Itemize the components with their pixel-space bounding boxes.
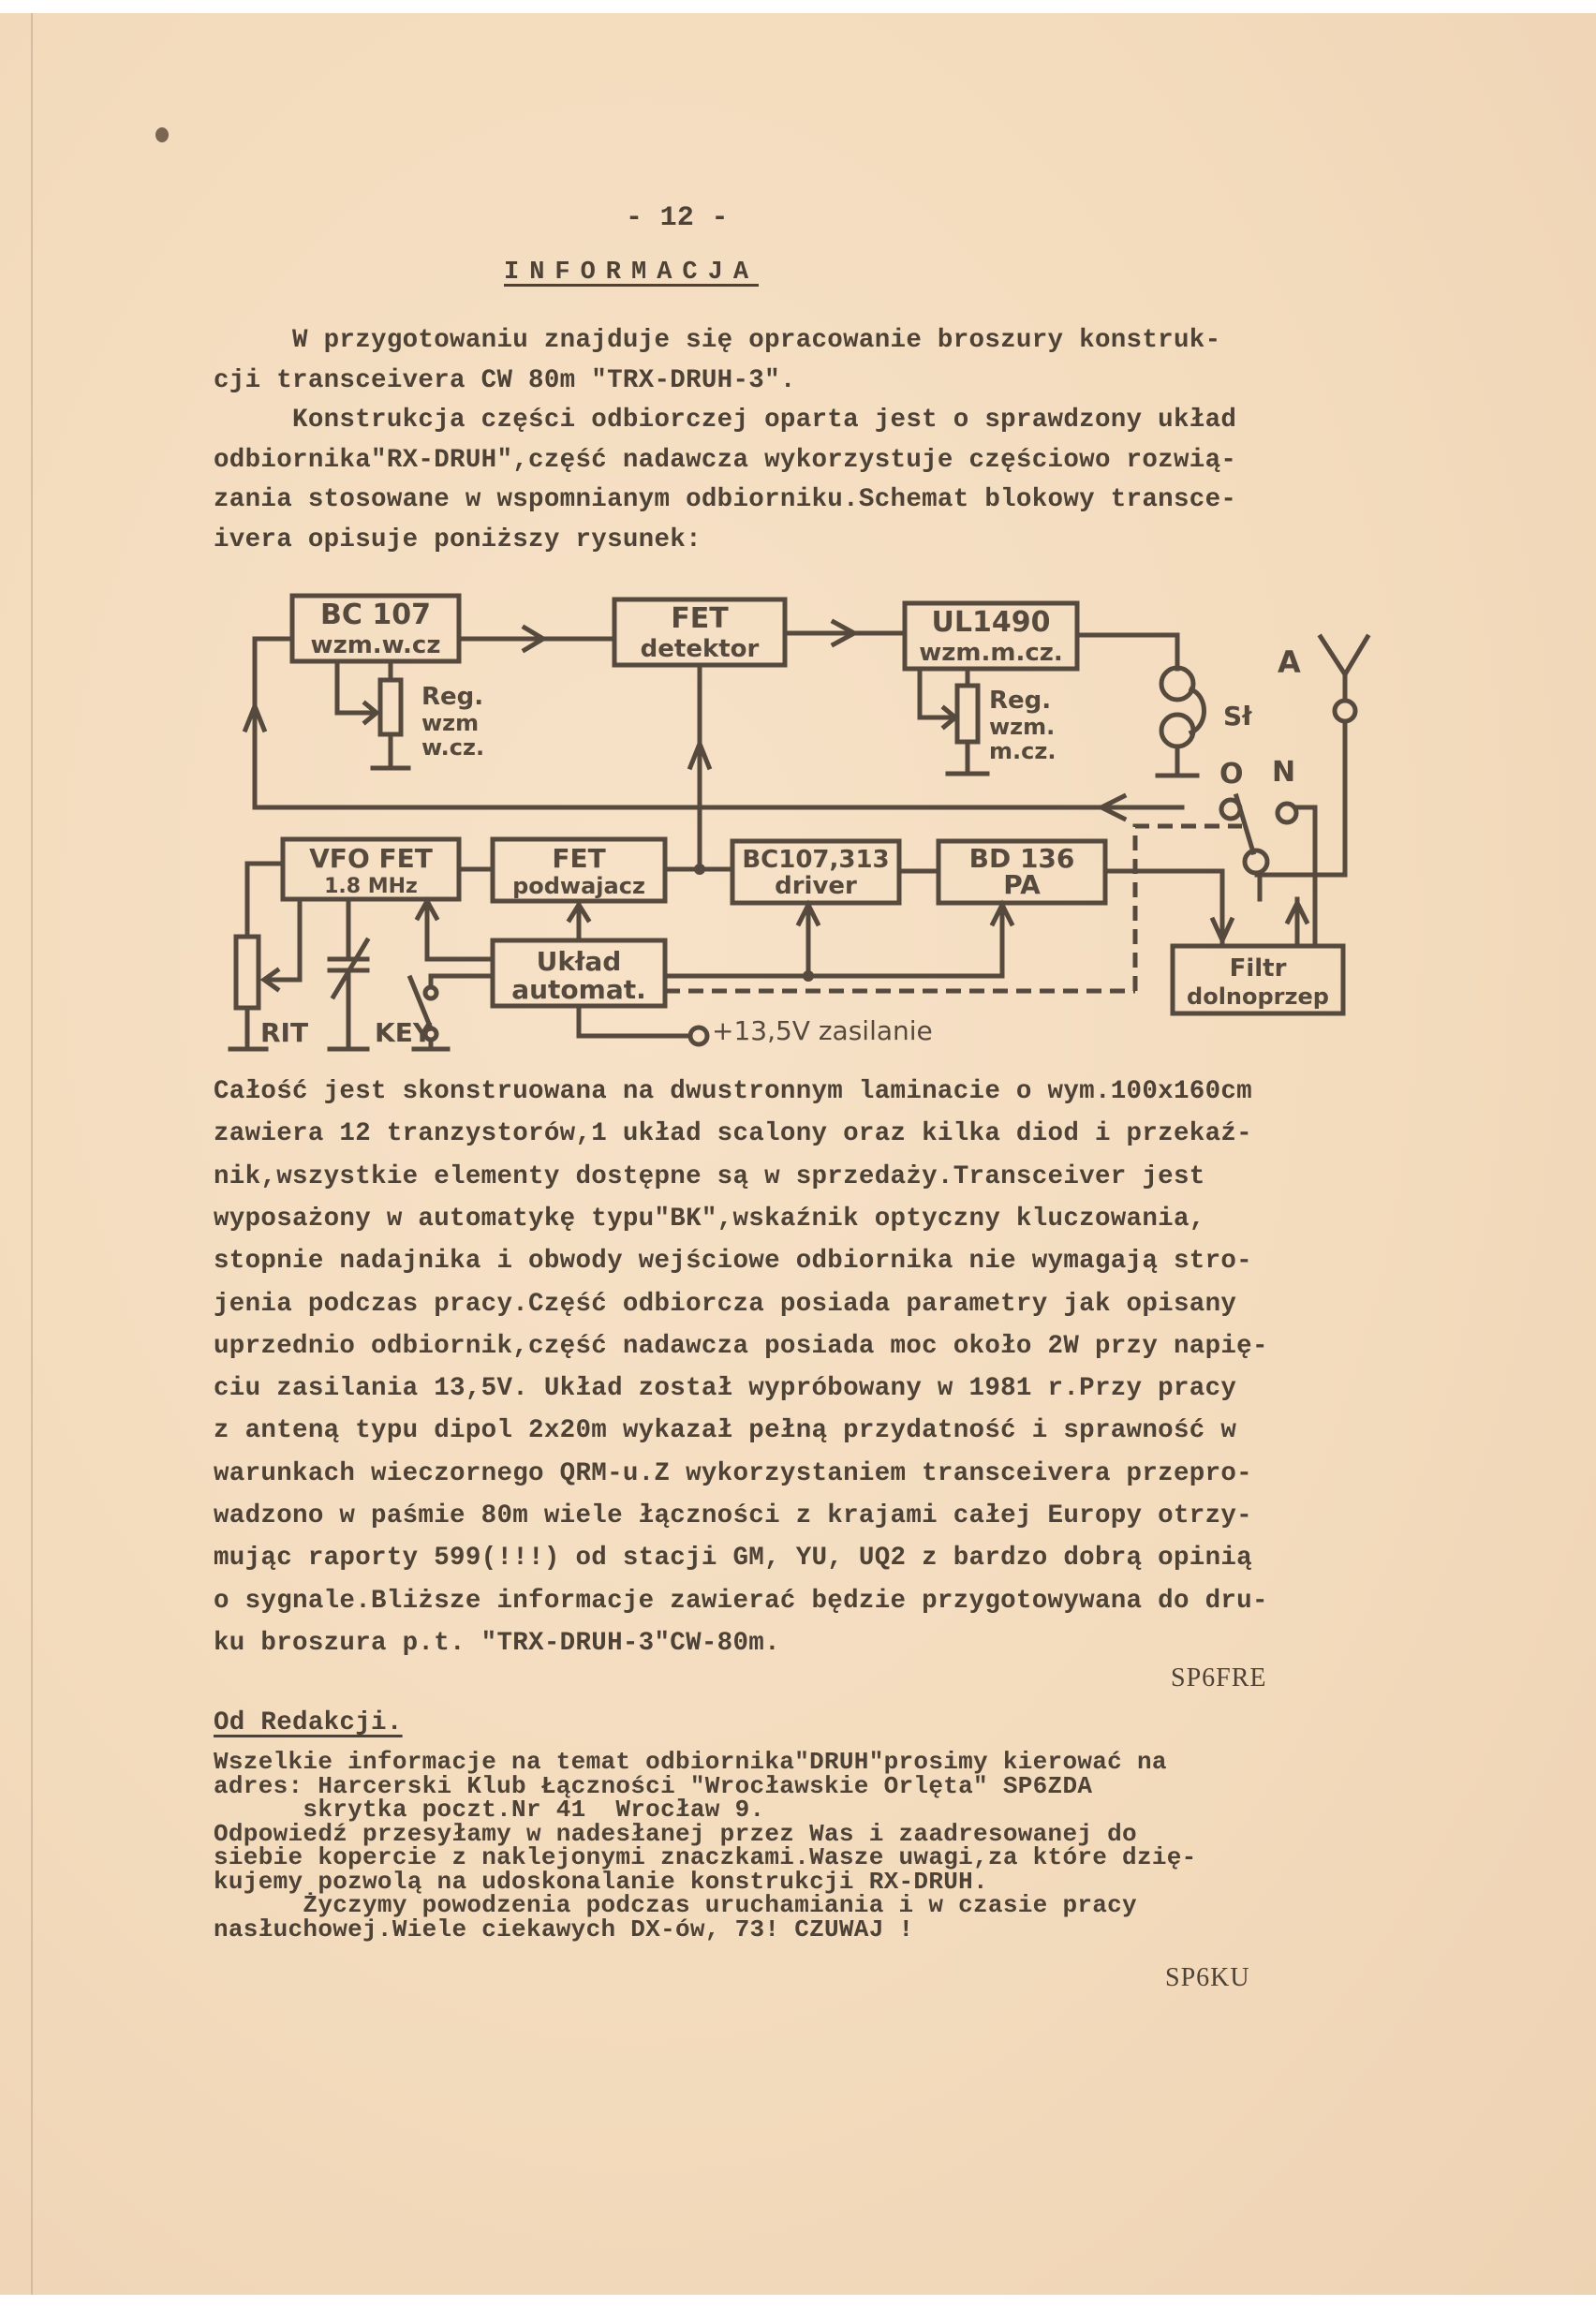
scanned-page: - 12 - INFORMACJA W przygotowaniu znajdu… bbox=[0, 13, 1596, 2295]
text-line: ku broszura p.t. "TRX-DRUH-3"CW-80m. bbox=[214, 1629, 780, 1658]
text-line: zawiera 12 tranzystorów,1 układ scalony … bbox=[214, 1119, 1252, 1148]
af-amp-label-1: UL1490 bbox=[932, 606, 1051, 639]
detector-label-2: detektor bbox=[641, 635, 760, 663]
vfo-label-1: VFO FET bbox=[309, 843, 433, 874]
text-line: ciu zasilania 13,5V. Układ został wyprób… bbox=[214, 1374, 1236, 1403]
text-line: uprzednio odbiornik,część nadawcza posia… bbox=[214, 1332, 1268, 1361]
author-signature-sp6fre: SP6FRE bbox=[1171, 1663, 1267, 1693]
rf-gain-label-3: w.cz. bbox=[421, 734, 484, 761]
rf-amp-label-1: BC 107 bbox=[320, 599, 431, 631]
text-line: jenia podczas pracy.Część odbiorcza posi… bbox=[214, 1290, 1236, 1319]
af-gain-label-3: m.cz. bbox=[989, 738, 1056, 764]
automat-label-1: Układ bbox=[537, 946, 622, 977]
antenna-label: A bbox=[1278, 644, 1301, 680]
pa-label-2: PA bbox=[1003, 869, 1041, 900]
text-line: Całość jest skonstruowana na dwustronnym… bbox=[214, 1077, 1252, 1106]
text-line: wadzono w paśmie 80m wiele łączności z k… bbox=[214, 1501, 1252, 1530]
rf-amp-label-2: wzm.w.cz bbox=[311, 631, 441, 659]
editor-signature-sp6ku: SP6KU bbox=[1165, 1963, 1250, 1993]
text-line: wyposażony w automatykę typu"BK",wskaźni… bbox=[214, 1205, 1205, 1234]
editorial-heading: Od Redakcji. bbox=[214, 1708, 403, 1737]
switch-o-label: O bbox=[1219, 758, 1244, 791]
key-label: KEY bbox=[375, 1017, 433, 1048]
text-line: nasłuchowej.Wiele ciekawych DX-ów, 73! C… bbox=[214, 1915, 913, 1944]
switch-n-label: N bbox=[1272, 756, 1295, 789]
headphones-label: Sł bbox=[1223, 701, 1252, 732]
af-gain-label-1: Reg. bbox=[989, 687, 1051, 715]
driver-label-2: driver bbox=[775, 872, 857, 900]
detector-label-1: FET bbox=[671, 602, 729, 635]
text-line: z anteną typu dipol 2x20m wykazał pełną … bbox=[214, 1416, 1236, 1445]
vfo-label-2: 1.8 MHz bbox=[324, 875, 418, 898]
filter-label-1: Filtr bbox=[1230, 954, 1287, 983]
text-line: warunkach wieczornego QRM-u.Z wykorzysta… bbox=[214, 1459, 1252, 1488]
filter-label-2: dolnoprzep bbox=[1187, 983, 1329, 1010]
rit-label: RIT bbox=[260, 1017, 308, 1048]
rf-gain-label-2: wzm bbox=[421, 710, 479, 736]
driver-label-1: BC107,313 bbox=[742, 846, 889, 874]
rf-gain-label-1: Reg. bbox=[421, 683, 483, 711]
text-line: mując raporty 599(!!!) od stacji GM, YU,… bbox=[214, 1544, 1252, 1573]
text-line: nik,wszystkie elementy dostępne są w spr… bbox=[214, 1162, 1205, 1191]
transceiver-block-diagram: BC 107 wzm.w.cz FET detektor UL1490 wzm.… bbox=[0, 13, 1596, 1072]
af-amp-label-2: wzm.m.cz. bbox=[919, 639, 1063, 667]
doubler-label-2: podwajacz bbox=[512, 873, 645, 899]
text-line: stopnie nadajnika i obwody wejściowe odb… bbox=[214, 1247, 1252, 1276]
automat-label-2: automat. bbox=[511, 974, 646, 1005]
doubler-label-1: FET bbox=[552, 843, 605, 874]
supply-label: +13,5V zasilanie bbox=[712, 1015, 933, 1046]
text-line: o sygnale.Bliższe informacje zawierać bę… bbox=[214, 1587, 1268, 1616]
af-gain-label-2: wzm. bbox=[989, 714, 1055, 740]
